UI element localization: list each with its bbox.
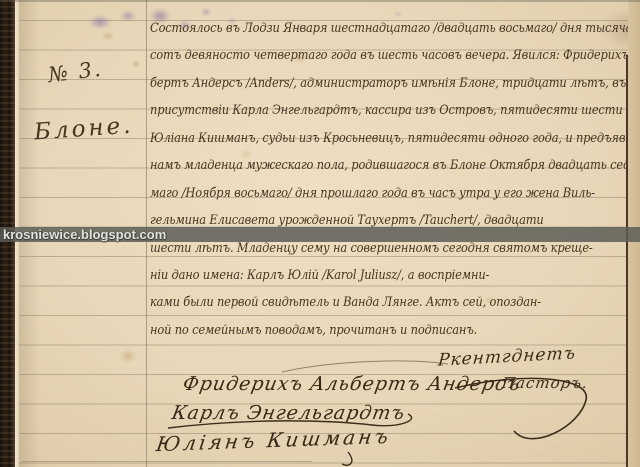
record-number: № 3. [47, 57, 104, 87]
body-line: ніи дано имена: Карлъ Юлій /Karol Julius… [150, 262, 571, 289]
scan-top-edge [0, 0, 640, 2]
faint-bottom-rule [22, 461, 312, 462]
body-line: маго /Ноября восьмаго/ дня прошлаго года… [150, 180, 571, 207]
watermark-text: krosniewice.blogspot.com [3, 227, 166, 242]
page-fold-line [626, 55, 628, 467]
place-name: Блоне. [33, 113, 134, 146]
record-body-text: Состоялось въ Лодзи Января шестнадцатаго… [150, 15, 628, 344]
body-line: намъ младенца мужескаго пола, родившагос… [150, 152, 571, 179]
signature-engelhardt: Карлъ Энгельгардтъ [170, 402, 407, 424]
body-line: Юліана Кишманъ, судьи изъ Кросьневицъ, п… [150, 125, 571, 152]
signature-anders: Фридерихъ Альбертъ Андерсъ [181, 373, 522, 395]
signature-kiszman: Юліянъ Кишманъ [155, 424, 393, 456]
registrar-signature: Ркентгднетъ [437, 343, 577, 370]
body-line: сотъ девяносто четвертаго года въ шесть … [150, 42, 571, 69]
body-line: бертъ Андерсъ /Anders/, администраторъ и… [150, 70, 571, 97]
body-line: Состоялось въ Лодзи Января шестнадцатаго… [150, 15, 571, 42]
register-page-scan: № 3. Блоне. Состоялось въ Лодзи Января ш… [0, 0, 640, 467]
watermark-band: krosniewice.blogspot.com [0, 227, 640, 242]
body-line: ками были первой свидѣтель и Ванда Лянге… [150, 289, 571, 316]
body-line: присутствіи Карла Энгельгардтъ, кассира … [150, 97, 571, 124]
body-line: ной по семейнымъ поводамъ, прочитанъ и п… [150, 317, 571, 344]
